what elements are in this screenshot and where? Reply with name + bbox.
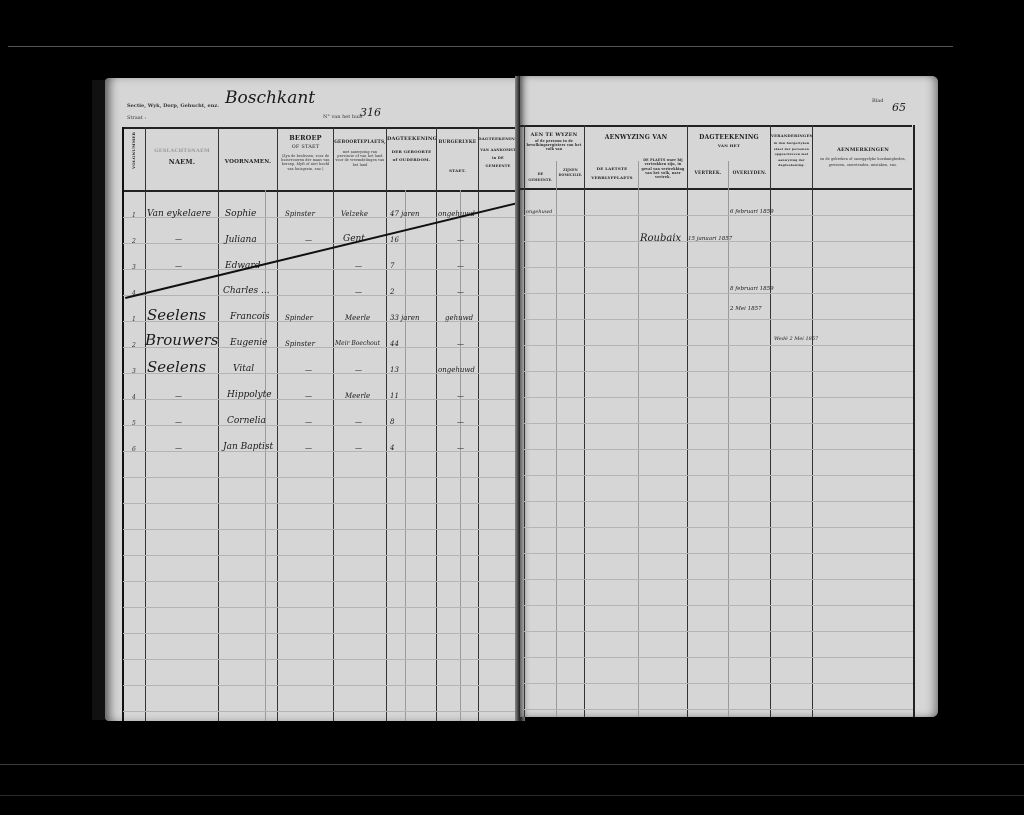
column-header-aenwyzing: AENWYZING VAN bbox=[585, 134, 687, 142]
cell-staet: — bbox=[457, 418, 464, 426]
row-number: 1 bbox=[132, 316, 136, 323]
cell-voornamen: Francois bbox=[230, 312, 270, 322]
cell-geboorteplaats: — bbox=[355, 262, 362, 270]
cell-naem: — bbox=[175, 262, 182, 270]
row-rule bbox=[123, 633, 520, 634]
column-line bbox=[913, 125, 915, 717]
column-line bbox=[524, 125, 525, 717]
place-label: Sectie, Wyk, Dorp, Gehucht, enz. bbox=[127, 103, 219, 109]
column-header-dagteekening: DAGTEEKENING bbox=[688, 134, 770, 142]
house-number: 316 bbox=[360, 106, 381, 119]
column-header-aen-te-wyzen-sub: of de persoon in de bevolkingsregisters … bbox=[525, 139, 583, 152]
book-edge-left bbox=[92, 80, 106, 720]
column-header-aen-te-wyzen: AEN TE WYZEN bbox=[525, 132, 583, 138]
row-number: 4 bbox=[132, 394, 136, 401]
cell-staet: — bbox=[457, 288, 464, 296]
street-label: Straat : bbox=[127, 115, 146, 121]
cell-voornamen: Sophie bbox=[225, 209, 256, 219]
cell-staet: — bbox=[457, 340, 464, 348]
row-rule bbox=[123, 529, 520, 530]
column-header-dagteekening-geboorte-sub: DER GEBOORTE of OUDERDOM. bbox=[389, 148, 434, 164]
cell-beroep: Spinder bbox=[285, 314, 313, 322]
column-header-beroep-sub: OF STAET bbox=[278, 144, 333, 150]
table-top-border bbox=[520, 125, 912, 127]
cell-overlyden: 2 Mei 1857 bbox=[730, 306, 762, 312]
row-rule bbox=[524, 709, 913, 710]
row-rule bbox=[524, 527, 913, 528]
row-rule bbox=[524, 449, 913, 450]
cell-beroep: — bbox=[305, 236, 312, 244]
cell-naem: — bbox=[175, 418, 182, 426]
column-header-naem-sub: GESLACHTSNAEM bbox=[147, 148, 217, 154]
cell-geboorte: 4 bbox=[390, 444, 394, 452]
row-rule bbox=[123, 711, 520, 712]
column-header-burgerlyke: BURGERLYKE bbox=[437, 140, 478, 146]
column-line bbox=[687, 125, 688, 717]
house-number-label: N° van het huis bbox=[323, 114, 362, 120]
cell-naem: Seelens bbox=[147, 306, 206, 324]
header-bottom-border bbox=[520, 188, 912, 190]
column-header-veranderingen-sub: in den burgerlyken staet der personen op… bbox=[772, 141, 811, 169]
row-rule bbox=[123, 503, 520, 504]
column-line bbox=[638, 161, 639, 717]
column-header-aenmerkingen-sub: en de gebreken of onzeggelyke hoedanighe… bbox=[816, 156, 910, 168]
cell-overlyden: 8 februari 1859 bbox=[730, 286, 774, 292]
column-header-dagteekening-aankomst: DAGTEEKENING bbox=[478, 136, 518, 142]
row-rule bbox=[524, 215, 913, 216]
row-number: 3 bbox=[132, 368, 136, 375]
row-rule bbox=[524, 501, 913, 502]
cell-staet: — bbox=[457, 262, 464, 270]
row-number: 1 bbox=[132, 212, 136, 219]
row-rule bbox=[524, 579, 913, 580]
row-rule bbox=[524, 553, 913, 554]
row-rule bbox=[123, 555, 520, 556]
cell-geboorteplaats: Meerle bbox=[345, 314, 370, 322]
column-header-beroep-note: (Zyn de beslissen, voor de huisvrouwen d… bbox=[280, 154, 331, 171]
cell-geboorte: 16 bbox=[390, 236, 399, 244]
row-rule bbox=[123, 685, 520, 686]
scan-artifact-line bbox=[0, 795, 1024, 796]
column-line bbox=[812, 125, 813, 717]
cell-staet: — bbox=[457, 236, 464, 244]
row-rule bbox=[524, 657, 913, 658]
column-line bbox=[728, 161, 729, 717]
cell-beroep: Spinster bbox=[285, 340, 315, 348]
cell-geboorte: 44 bbox=[390, 340, 399, 348]
column-header-laetste-verblyfplaets: DE LAETSTE VERBLYFPLAETS bbox=[586, 164, 638, 182]
row-rule bbox=[524, 345, 913, 346]
cell-aen-te-wyzen: ongehuwd bbox=[526, 209, 552, 215]
cell-geboorteplaats: — bbox=[355, 366, 362, 374]
cell-voornamen: Juliana bbox=[225, 235, 257, 245]
cell-vertrek: 15 januari 1857 bbox=[688, 236, 732, 242]
row-number: 6 bbox=[132, 446, 136, 453]
row-rule bbox=[123, 607, 520, 608]
row-rule bbox=[524, 631, 913, 632]
column-header-voornamen: VOORNAMEN. bbox=[219, 158, 277, 166]
cell-beroep: — bbox=[305, 366, 312, 374]
cell-geboorteplaats: Velzeke bbox=[341, 210, 368, 218]
cell-geboorte: 13 bbox=[390, 366, 399, 374]
row-rule bbox=[524, 397, 913, 398]
cell-geboorteplaats: — bbox=[355, 444, 362, 452]
cell-geboorteplaats: — bbox=[355, 288, 362, 296]
row-rule bbox=[123, 659, 520, 660]
row-number: 2 bbox=[132, 238, 136, 245]
column-line bbox=[584, 125, 585, 717]
cell-geboorte: 2 bbox=[390, 288, 394, 296]
cell-voornamen: Eugenie bbox=[230, 338, 267, 348]
cell-geboorte: 33 jaren bbox=[390, 314, 419, 322]
row-rule bbox=[123, 477, 520, 478]
column-header-aenmerkingen: AENMERKINGEN bbox=[813, 146, 913, 154]
column-header-plaets-vertrek: DE PLAETS waer hij vertrokken zijn, in g… bbox=[639, 158, 687, 179]
cell-veranderingen: Wedé 2 Mei 1857 bbox=[774, 336, 818, 342]
cell-voornamen: Vital bbox=[233, 364, 254, 374]
place-name: Boschkant bbox=[225, 88, 315, 108]
cell-geboorte: 8 bbox=[390, 418, 394, 426]
cell-staet: — bbox=[457, 392, 464, 400]
folio-label: Blad bbox=[872, 98, 883, 104]
row-number: 3 bbox=[132, 264, 136, 271]
cell-geboorteplaats: — bbox=[355, 418, 362, 426]
cell-geboorteplaats: Meerle bbox=[345, 392, 370, 400]
scan-artifact-line bbox=[8, 46, 953, 47]
cell-beroep: — bbox=[305, 444, 312, 452]
cell-naem: Brouwers bbox=[145, 331, 218, 349]
column-header-dagteekening-aankomst-sub: VAN AANKOMST in DE GEMEENTE bbox=[480, 146, 516, 170]
cell-geboorte: 47 jaren bbox=[390, 210, 419, 218]
ledger-right-page: Blad 65 AEN TE WYZEN of de persoon in de… bbox=[520, 76, 938, 717]
column-header-overlyden: OVERLYDEN. bbox=[729, 171, 770, 177]
cell-plaets-vertrek: Roubaix bbox=[640, 233, 681, 244]
column-header-naem: NAEM. bbox=[147, 158, 217, 166]
cell-geboorteplaats: Meir Boechout bbox=[335, 340, 380, 347]
cell-naem: — bbox=[175, 235, 182, 243]
column-header-dagteekening-sub: VAN HET bbox=[688, 143, 770, 149]
cell-naem: Seelens bbox=[147, 358, 206, 376]
row-rule bbox=[524, 683, 913, 684]
cell-voornamen: Hippolyte bbox=[227, 390, 272, 400]
cell-naem: — bbox=[175, 444, 182, 452]
column-header-geboorteplaats: GEBOORTEPLAETS, bbox=[334, 140, 386, 146]
folio-number: 65 bbox=[892, 101, 906, 114]
cell-beroep: — bbox=[305, 392, 312, 400]
column-header-vertrek: VERTREK. bbox=[688, 171, 728, 177]
row-rule bbox=[524, 293, 913, 294]
cell-naem: — bbox=[175, 392, 182, 400]
column-header-burgerlyke-sub: STAET. bbox=[437, 168, 478, 174]
table-top-border bbox=[122, 127, 520, 129]
cell-geboorte: 7 bbox=[390, 262, 394, 270]
column-header-geboorteplaats-note: met aanwyzing van provincie of van het l… bbox=[335, 150, 385, 167]
row-rule bbox=[524, 423, 913, 424]
column-header-domicilie: ZIJNEN DOMICILIE. bbox=[557, 168, 584, 178]
row-rule bbox=[123, 581, 520, 582]
row-number: 5 bbox=[132, 420, 136, 427]
cell-staet: — bbox=[457, 444, 464, 452]
column-header-beroep: BEROEP bbox=[278, 134, 333, 142]
row-rule bbox=[524, 371, 913, 372]
column-header-dagteekening-geboorte: DAGTEEKENING bbox=[387, 136, 436, 142]
cell-beroep: Spinster bbox=[285, 210, 315, 218]
row-rule bbox=[524, 605, 913, 606]
row-rule bbox=[524, 319, 913, 320]
row-rule bbox=[524, 475, 913, 476]
column-line bbox=[556, 161, 557, 717]
cell-geboorte: 11 bbox=[390, 392, 399, 400]
column-header-veranderingen: VERANDERINGEN bbox=[771, 133, 812, 139]
cell-overlyden: 6 februari 1859 bbox=[730, 209, 774, 215]
row-number: 2 bbox=[132, 342, 136, 349]
cell-voornamen: Jan Baptist bbox=[223, 442, 273, 452]
ledger-left-page: Sectie, Wyk, Dorp, Gehucht, enz. Boschka… bbox=[105, 78, 520, 721]
cell-staet: ongehuwd bbox=[438, 366, 475, 374]
cell-beroep: — bbox=[305, 418, 312, 426]
cell-voornamen: Cornelia bbox=[227, 416, 266, 426]
cell-staet: gehuwd bbox=[445, 314, 473, 322]
column-header-gemeente: DE GEMEENTE. bbox=[525, 171, 556, 183]
row-rule bbox=[524, 267, 913, 268]
cell-voornamen: Charles ... bbox=[223, 286, 270, 296]
cell-naem: Van eykelaere bbox=[147, 209, 211, 219]
column-header-volgnummer: VOLGNUMMER bbox=[131, 149, 137, 169]
scan-artifact-line bbox=[0, 764, 1024, 765]
